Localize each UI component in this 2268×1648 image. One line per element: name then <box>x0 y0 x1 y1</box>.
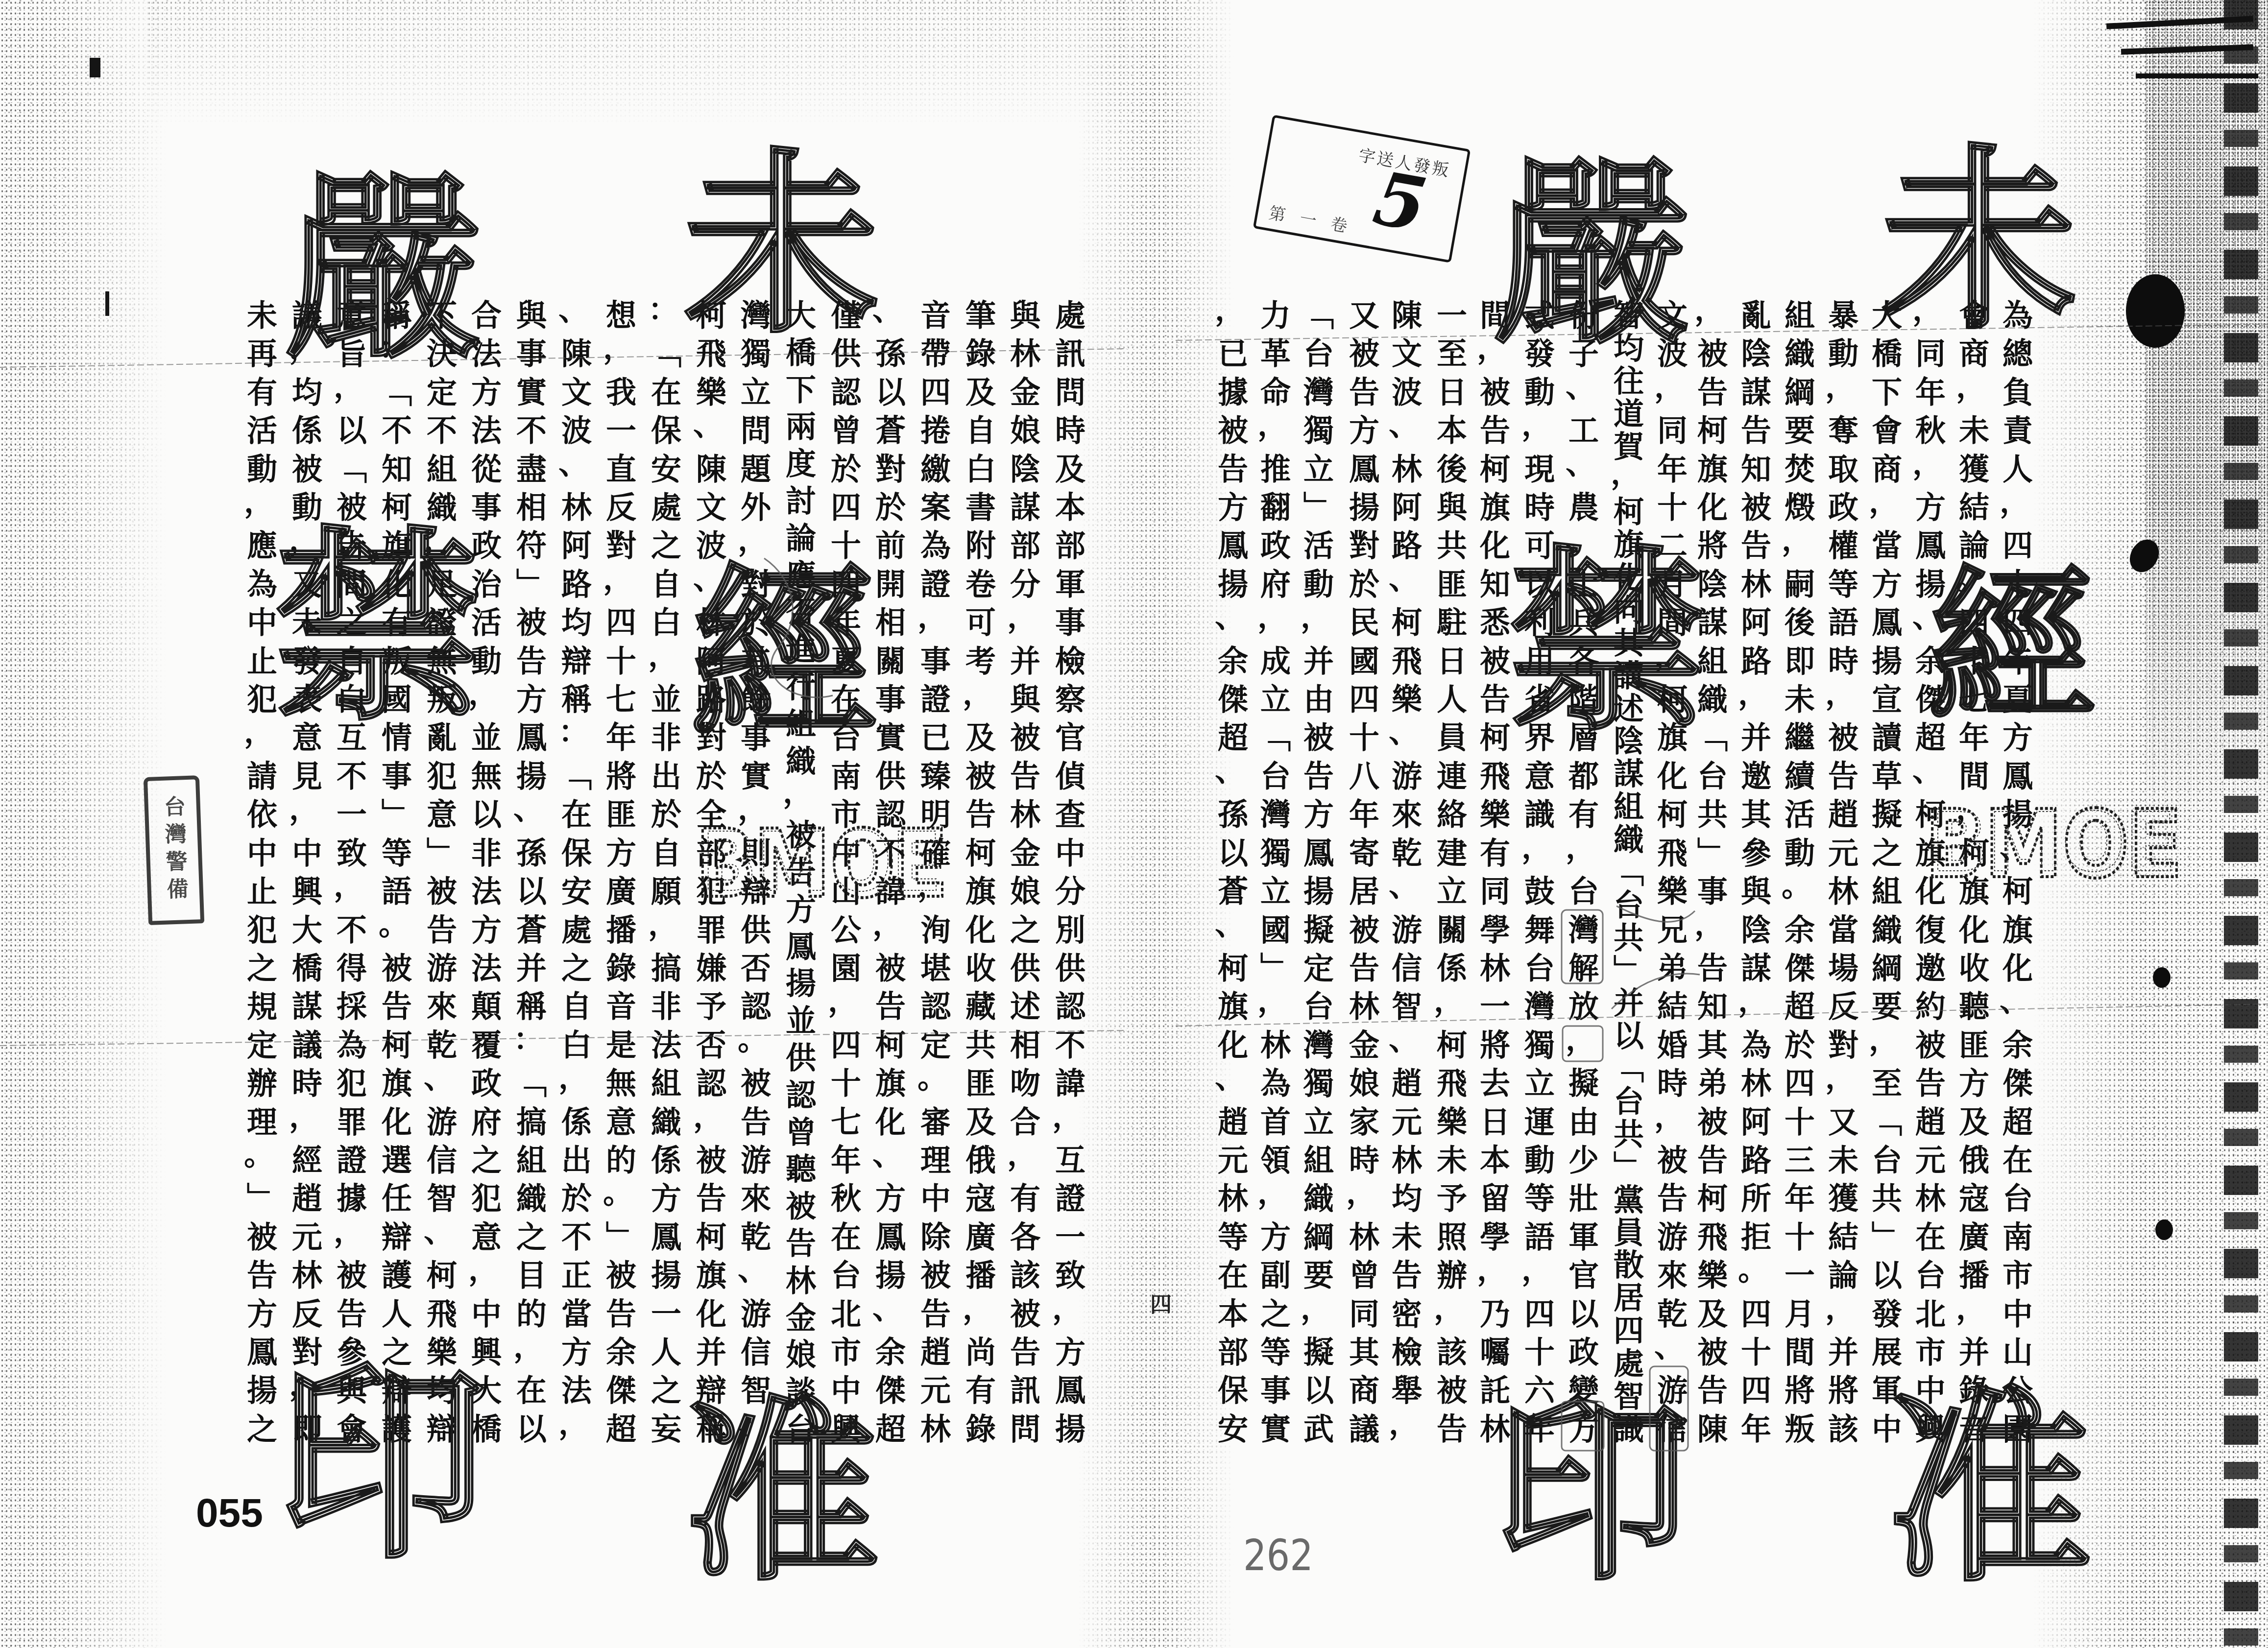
glyph: 正 <box>560 1261 593 1291</box>
glyph: 學 <box>1479 915 1511 946</box>
glyph: 焚 <box>1784 454 1816 485</box>
text-column: 大橋下兩度討論應否進行組織，被告方鳳揚並供認曾聽被告林金娘談台 <box>781 301 820 1445</box>
glyph: 文 <box>1391 339 1423 369</box>
glyph: 陰 <box>1613 726 1645 757</box>
glyph: ， <box>1781 525 1813 555</box>
glyph: 以 <box>1568 1299 1600 1330</box>
glyph: 於 <box>1348 570 1380 600</box>
glyph: 超 <box>1217 723 1249 753</box>
glyph: 方 <box>1348 416 1380 446</box>
glyph: ， <box>1565 1025 1597 1055</box>
glyph: 分 <box>1009 570 1041 600</box>
glyph: 非 <box>650 723 682 753</box>
glyph: 灣 <box>1523 992 1556 1022</box>
glyph: 中 <box>830 838 862 869</box>
glyph: ， <box>1868 487 1900 517</box>
glyph: 灣 <box>1303 378 1335 408</box>
text-column: 又被告方鳳揚對於民國四十八年寄居被告林金娘家時，林曾同其商議 <box>1345 301 1384 1445</box>
glyph: 以 <box>874 378 907 408</box>
glyph: 士 <box>1568 570 1600 600</box>
glyph: 方 <box>874 1184 907 1214</box>
text-column: 筆錄及自白書附卷可考，及被告柯旗化收藏共匪及俄寇廣播，尚有錄 <box>961 301 1000 1445</box>
glyph: 柯 <box>381 493 413 523</box>
glyph: 法 <box>470 416 503 446</box>
glyph: 告 <box>785 858 817 888</box>
glyph: 兩 <box>785 412 817 442</box>
glyph: 山 <box>2002 1338 2034 1368</box>
glyph: 案 <box>919 493 952 523</box>
glyph: ， <box>467 679 500 709</box>
glyph: 對 <box>874 454 907 485</box>
glyph: 叛 <box>1784 1414 1816 1445</box>
glyph: 元 <box>1217 1146 1249 1176</box>
glyph: 林 <box>1259 1030 1292 1061</box>
glyph: 告 <box>1348 378 1380 408</box>
text-column: 未再有活動，應為中止犯，請依中止犯之規定辦理。﹂被告方鳳揚之 <box>242 301 282 1445</box>
glyph: 飛 <box>1656 838 1689 869</box>
glyph: 告 <box>785 1229 817 1259</box>
glyph: 間 <box>1656 608 1689 638</box>
glyph: 政 <box>470 531 503 561</box>
glyph: 被 <box>605 1261 637 1291</box>
glyph: 餘 <box>740 685 772 715</box>
text-column: 亂陰謀告知被告林阿路，并邀其參與陰謀，為林阿路所拒。四十四年 <box>1737 301 1776 1445</box>
glyph: 錄 <box>965 339 997 369</box>
glyph: 識 <box>1613 1414 1645 1445</box>
text-column: 與事實不盡相符﹂被告方鳳揚、孫以蒼并稱：﹁搞組織之目的，在以 <box>512 301 551 1445</box>
glyph: 間 <box>1479 301 1511 331</box>
glyph: ， <box>1693 909 1726 940</box>
glyph: 陳 <box>560 339 593 369</box>
glyph: ， <box>962 679 994 709</box>
glyph: 曾 <box>785 1118 817 1148</box>
glyph: ， <box>557 1409 590 1439</box>
glyph: 亂 <box>426 723 458 753</box>
glyph: 謀 <box>1740 954 1772 984</box>
glyph: 。 <box>917 1063 949 1093</box>
glyph: ， <box>243 717 275 747</box>
glyph: 於 <box>874 493 907 523</box>
glyph: 連 <box>1436 762 1468 792</box>
glyph: 傑 <box>1784 954 1816 984</box>
glyph: 來 <box>740 1184 772 1214</box>
glyph: 、 <box>692 564 724 594</box>
text-column: 大橋下會商，當方鳳揚宣讀草擬之組織綱要，至﹁台共﹂以發展軍中 <box>1867 301 1906 1445</box>
glyph: 四 <box>1348 685 1380 715</box>
glyph: 談 <box>785 1377 817 1408</box>
glyph: 錄 <box>965 1414 997 1445</box>
glyph: 旗 <box>965 877 997 907</box>
glyph: 綱 <box>1303 1222 1335 1253</box>
glyph: 辯 <box>381 1376 413 1406</box>
glyph: 舉 <box>1391 1376 1423 1406</box>
glyph: 保 <box>650 416 682 446</box>
glyph: 組 <box>785 709 817 740</box>
glyph: 廣 <box>1958 1222 1990 1253</box>
glyph: 軍 <box>1871 1376 1903 1406</box>
glyph: 證 <box>919 570 952 600</box>
glyph: 飛 <box>695 339 727 369</box>
glyph: 問 <box>1009 1414 1041 1445</box>
glyph: 聽 <box>1958 992 1990 1022</box>
glyph: 娘 <box>1009 416 1041 446</box>
glyph: 旗 <box>1958 877 1990 907</box>
glyph: 係 <box>650 1146 682 1176</box>
glyph: 未 <box>1436 1146 1468 1176</box>
glyph: 及 <box>1958 1107 1990 1138</box>
margin-mark <box>105 291 109 316</box>
glyph: 均 <box>560 608 593 638</box>
glyph: 不 <box>336 762 368 792</box>
glyph: 智 <box>426 1184 458 1214</box>
glyph: 蒼 <box>1217 877 1249 907</box>
glyph: 人 <box>381 1299 413 1330</box>
glyph: 證 <box>426 608 458 638</box>
glyph: 四 <box>605 608 637 638</box>
glyph: 部 <box>1217 1338 1249 1368</box>
glyph: 信 <box>1391 954 1423 984</box>
glyph: 織 <box>650 1107 682 1138</box>
glyph: 並 <box>785 1006 817 1036</box>
glyph: 阿 <box>1740 608 1772 638</box>
glyph: 與 <box>1436 493 1468 523</box>
glyph: 四 <box>1523 1299 1556 1330</box>
glyph: 告 <box>740 1107 772 1138</box>
glyph: 照 <box>1436 1222 1468 1253</box>
glyph: 罪 <box>336 1107 368 1138</box>
scan-noise-left-margin <box>0 0 167 1648</box>
glyph: 為 <box>2002 301 2034 331</box>
glyph: 被 <box>1696 339 1729 369</box>
glyph: 告 <box>1479 685 1511 715</box>
glyph: 等 <box>1259 1338 1292 1368</box>
text-column: ，已據被告方鳳揚、余傑超、孫以蒼、柯旗化、趙元林等在本部保安 <box>1213 301 1253 1445</box>
glyph: 林 <box>1479 954 1511 984</box>
glyph: 林 <box>695 608 727 638</box>
glyph: 夏 <box>830 646 862 677</box>
glyph: 告 <box>1696 1146 1729 1176</box>
glyph: 員 <box>1613 1218 1645 1248</box>
glyph: 軍 <box>1054 570 1086 600</box>
glyph: ﹂ <box>1696 838 1729 869</box>
glyph: 鳳 <box>785 932 817 962</box>
glyph: ﹁ <box>1259 723 1292 753</box>
glyph: 波 <box>1656 339 1689 369</box>
glyph: 收 <box>1958 954 1990 984</box>
glyph: 旨 <box>336 339 368 369</box>
glyph: 運 <box>1523 1107 1556 1138</box>
glyph: ﹁ <box>336 454 368 485</box>
glyph: 致 <box>336 838 368 869</box>
glyph: 藏 <box>965 992 997 1022</box>
glyph: 柯 <box>695 301 727 331</box>
glyph: 被 <box>515 608 548 638</box>
glyph: 非 <box>470 838 503 869</box>
glyph: 化 <box>874 1107 907 1138</box>
glyph: 鳳 <box>1054 1376 1086 1406</box>
glyph: 法 <box>470 954 503 984</box>
glyph: 化 <box>1656 762 1689 792</box>
glyph: 依 <box>246 800 278 830</box>
glyph: 黨 <box>1613 1185 1645 1216</box>
glyph: 子 <box>1568 339 1600 369</box>
glyph: 全 <box>695 800 727 830</box>
glyph: 要 <box>1871 992 1903 1022</box>
glyph: 擬 <box>1568 1069 1600 1099</box>
glyph: 之 <box>1009 915 1041 946</box>
glyph: 織 <box>1613 825 1645 855</box>
glyph: 被 <box>1436 1376 1468 1406</box>
glyph: 綱 <box>1784 378 1816 408</box>
glyph: 台 <box>785 1414 817 1445</box>
glyph: 洵 <box>919 915 952 946</box>
glyph: ﹁ <box>1613 858 1645 888</box>
glyph: 想 <box>605 301 637 331</box>
glyph: 興 <box>830 1414 862 1445</box>
glyph: 大 <box>785 301 817 331</box>
glyph: 宣 <box>1871 685 1903 715</box>
glyph: 稱 <box>515 992 548 1022</box>
glyph: 。 <box>378 909 410 940</box>
glyph: ， <box>647 641 679 671</box>
glyph: 灣 <box>1568 915 1600 946</box>
glyph: 所 <box>1740 1184 1772 1214</box>
glyph: 并 <box>1613 988 1645 1019</box>
glyph: ， <box>1433 986 1465 1016</box>
glyph: 灣 <box>740 301 772 331</box>
glyph: 據 <box>336 1184 368 1214</box>
glyph: 人 <box>2002 454 2034 485</box>
glyph: 該 <box>1009 1261 1041 1291</box>
glyph: 方 <box>650 1184 682 1214</box>
glyph: 發 <box>291 646 323 677</box>
glyph: 來 <box>1391 800 1423 830</box>
glyph: 事 <box>470 493 503 523</box>
glyph: 傑 <box>1217 685 1249 715</box>
glyph: 意 <box>470 1222 503 1253</box>
glyph: 組 <box>1784 301 1816 331</box>
glyph: 處 <box>560 915 593 946</box>
glyph: ， <box>1653 372 1686 402</box>
glyph: 時 <box>1348 1146 1380 1176</box>
glyph: 實 <box>515 378 548 408</box>
glyph: 匪 <box>605 800 637 830</box>
glyph: 旗 <box>1914 838 1947 869</box>
glyph: 於 <box>1784 1030 1816 1061</box>
glyph: 對 <box>291 1338 323 1368</box>
glyph: 陰 <box>1740 915 1772 946</box>
glyph: 余 <box>1784 915 1816 946</box>
glyph: 化 <box>1914 877 1947 907</box>
glyph: 政 <box>1827 493 1859 523</box>
glyph: 卷 <box>965 570 997 600</box>
glyph: 問 <box>1054 378 1086 408</box>
glyph: 、 <box>1214 909 1246 940</box>
glyph: 共 <box>1436 531 1468 561</box>
glyph: 商 <box>1958 339 1990 369</box>
glyph: 往 <box>1613 366 1645 397</box>
glyph: 織 <box>1696 685 1729 715</box>
glyph: 時 <box>1054 416 1086 446</box>
glyph: 元 <box>1391 1107 1423 1138</box>
glyph: 柯 <box>381 1030 413 1061</box>
glyph: 并 <box>1958 1338 1990 1368</box>
glyph: 、 <box>1388 410 1420 440</box>
glyph: ， <box>647 909 679 940</box>
glyph: 居 <box>1613 1283 1645 1314</box>
glyph: 之 <box>1871 838 1903 869</box>
glyph: 合 <box>1009 1107 1041 1138</box>
glyph: 在 <box>650 378 682 408</box>
glyph: 以 <box>1303 1376 1335 1406</box>
glyph: 商 <box>1871 454 1903 485</box>
glyph: ﹂ <box>605 1222 637 1253</box>
glyph: 方 <box>515 685 548 715</box>
glyph: 方 <box>1259 1222 1292 1253</box>
glyph: ， <box>1824 1293 1857 1324</box>
glyph: 係 <box>560 1107 593 1138</box>
glyph: 中 <box>1054 838 1086 869</box>
glyph: 台 <box>1568 877 1600 907</box>
glyph: 反 <box>291 1299 323 1330</box>
glyph: 中 <box>470 1299 503 1330</box>
glyph: ， <box>1999 487 2031 517</box>
glyph: 告 <box>1740 531 1772 561</box>
glyph: 在 <box>1914 1222 1947 1253</box>
glyph: ， <box>333 871 365 901</box>
glyph: 一 <box>1054 1222 1086 1253</box>
glyph: 柯 <box>1479 454 1511 485</box>
glyph: 悉 <box>1479 608 1511 638</box>
glyph: 結 <box>1958 493 1990 523</box>
glyph: ﹁ <box>1613 1054 1645 1084</box>
glyph: 北 <box>830 1299 862 1330</box>
glyph: 組 <box>650 1069 682 1099</box>
glyph: 獨 <box>740 339 772 369</box>
glyph: 其 <box>1696 1030 1729 1061</box>
glyph: 犯 <box>426 762 458 792</box>
glyph: ， <box>1300 602 1332 632</box>
glyph: 於 <box>830 454 862 485</box>
glyph: 時 <box>1827 646 1859 677</box>
glyph: 旗 <box>381 1069 413 1099</box>
glyph: 在 <box>515 1376 548 1406</box>
glyph: 以 <box>470 800 503 830</box>
glyph: 年 <box>1523 1414 1556 1445</box>
glyph: 游 <box>740 1146 772 1176</box>
glyph: 游 <box>740 1299 772 1330</box>
glyph: 筆 <box>965 301 997 331</box>
glyph: 述 <box>1009 992 1041 1022</box>
glyph: 告 <box>381 992 413 1022</box>
glyph: 揚 <box>1914 570 1947 600</box>
glyph: 事 <box>919 646 952 677</box>
glyph: 任 <box>381 1184 413 1214</box>
glyph: 處 <box>1054 301 1086 331</box>
glyph: 傑 <box>1914 685 1947 715</box>
glyph: 游 <box>1391 915 1423 946</box>
glyph: 對 <box>605 531 637 561</box>
glyph: 讀 <box>1871 723 1903 753</box>
glyph: 公 <box>2002 1376 2034 1406</box>
glyph: 興 <box>291 877 323 907</box>
glyph: 余 <box>1914 646 1947 677</box>
glyph: 樂 <box>1656 877 1689 907</box>
glyph: 參 <box>336 1338 368 1368</box>
glyph: ， <box>333 372 365 402</box>
glyph: 橋 <box>291 954 323 984</box>
glyph: 辯 <box>426 1414 458 1445</box>
glyph: 暴 <box>1827 301 1859 331</box>
glyph: 、 <box>1653 1332 1686 1362</box>
glyph: 國 <box>381 685 413 715</box>
glyph: ﹂ <box>426 838 458 869</box>
glyph: 林 <box>785 1266 817 1296</box>
glyph: 符 <box>515 531 548 561</box>
glyph: 旗 <box>1217 992 1249 1022</box>
glyph: 又 <box>291 570 323 600</box>
glyph: 林 <box>1217 1184 1249 1214</box>
glyph: 供 <box>785 1043 817 1074</box>
glyph: 路 <box>1740 1146 1772 1176</box>
glyph: 。 <box>243 1140 275 1170</box>
glyph: 前 <box>874 531 907 561</box>
glyph: 信 <box>740 1338 772 1368</box>
glyph: 實 <box>1259 1414 1292 1445</box>
glyph: 、 <box>737 1255 769 1285</box>
glyph: 犯 <box>246 685 278 715</box>
glyph: 該 <box>1827 1414 1859 1445</box>
glyph: 人 <box>650 1338 682 1368</box>
glyph: 自 <box>965 416 997 446</box>
glyph: 白 <box>965 454 997 485</box>
glyph: 託 <box>1479 1376 1511 1406</box>
glyph: 獨 <box>1523 1030 1556 1061</box>
glyph: 月 <box>1784 1299 1816 1330</box>
glyph: 告 <box>1303 762 1335 792</box>
glyph: 應 <box>246 531 278 561</box>
glyph: 獲 <box>1827 1184 1859 1214</box>
glyph: 之 <box>560 954 593 984</box>
glyph: 及 <box>965 378 997 408</box>
glyph: 場 <box>1827 954 1859 984</box>
glyph: 。 <box>1737 1255 1769 1285</box>
glyph: 止 <box>246 646 278 677</box>
glyph: 台 <box>830 1261 862 1291</box>
glyph: ， <box>467 1255 500 1285</box>
glyph: 獨 <box>1303 416 1335 446</box>
glyph: 相 <box>1009 1030 1041 1061</box>
glyph: 自 <box>650 838 682 869</box>
glyph: 係 <box>1436 954 1468 984</box>
glyph: 官 <box>1568 1261 1600 1291</box>
glyph: 、 <box>1214 602 1246 632</box>
glyph: 娘 <box>785 1340 817 1370</box>
glyph: 為 <box>336 1030 368 1061</box>
glyph: 活 <box>246 416 278 446</box>
archive-stamp-bottom-text: 第一卷 <box>1267 199 1364 239</box>
glyph: 乾 <box>1656 1299 1689 1330</box>
glyph: 傑 <box>2002 1069 2034 1099</box>
glyph: 兵 <box>1568 608 1600 638</box>
glyph: 告 <box>1656 1184 1689 1214</box>
glyph: 政 <box>1568 1338 1600 1368</box>
glyph: 述 <box>1613 694 1645 724</box>
glyph: ， <box>333 1217 365 1247</box>
glyph: 認 <box>1054 992 1086 1022</box>
glyph: 諱 <box>1054 1069 1086 1099</box>
glyph: 行 <box>785 672 817 702</box>
